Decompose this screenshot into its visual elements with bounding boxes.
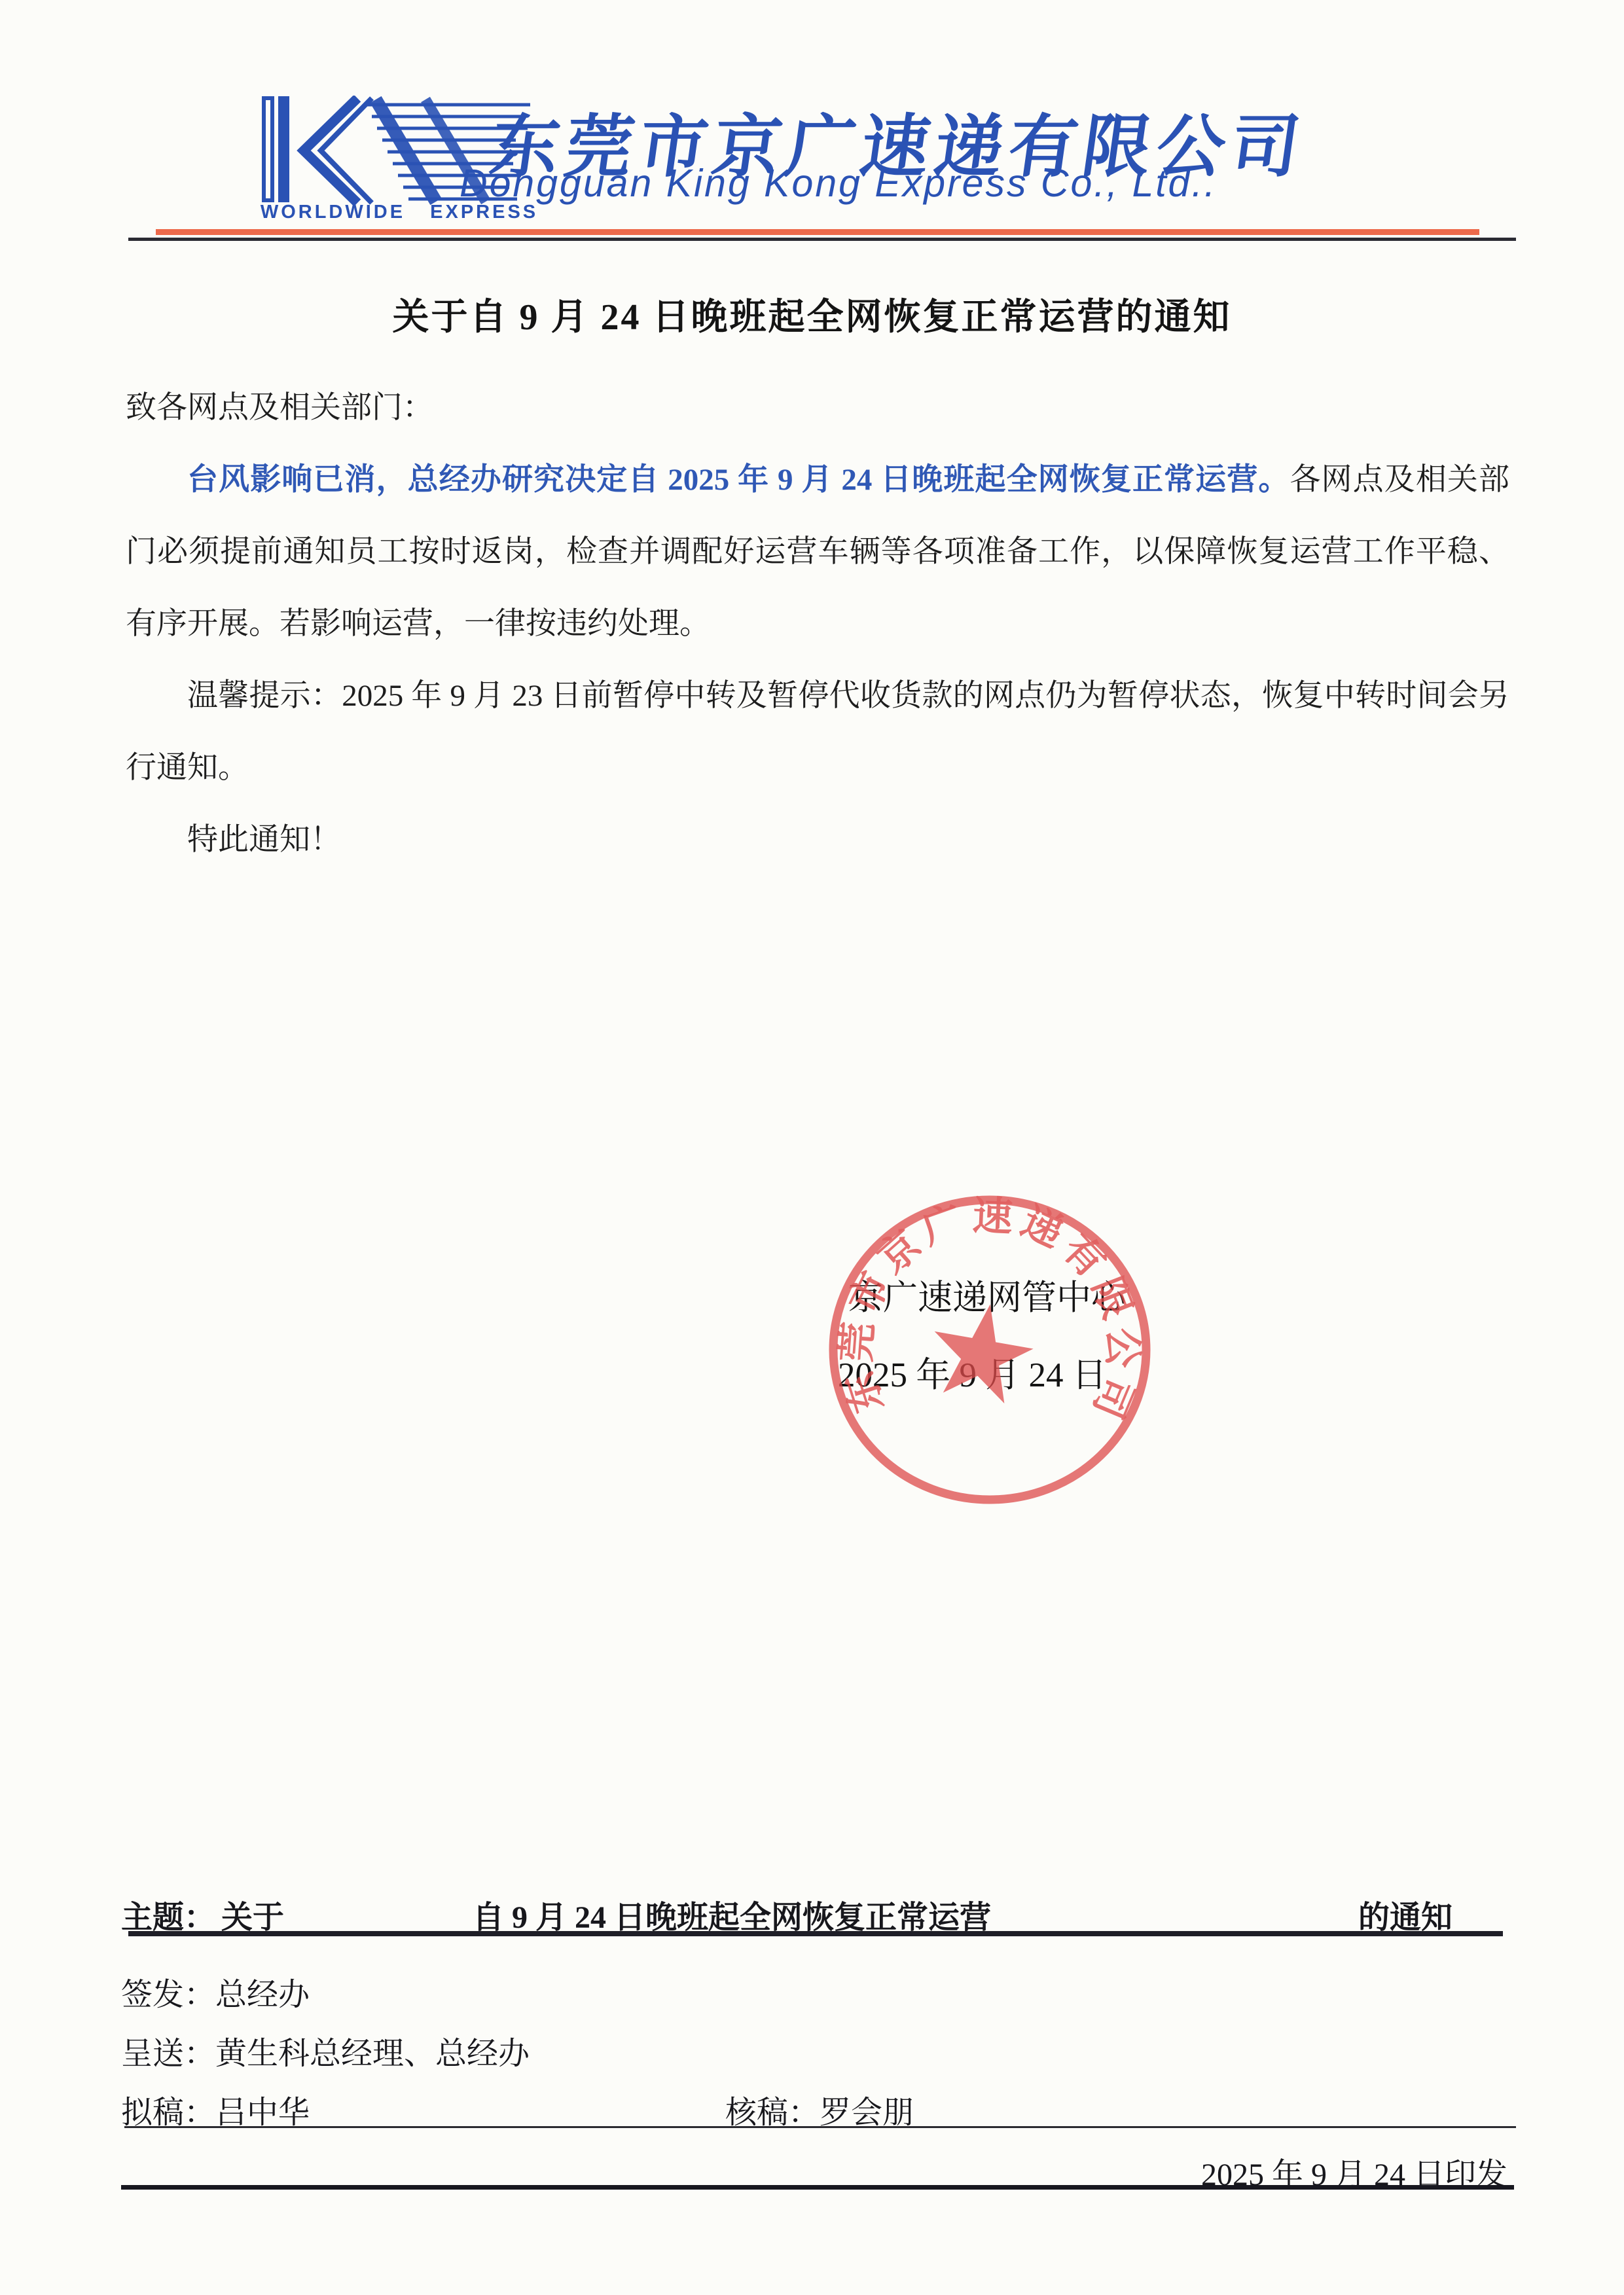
paragraph-3: 特此通知！ <box>126 804 1509 876</box>
footer-sign-value: 总经办 <box>215 1978 310 2012</box>
star-icon: ★ <box>911 1273 1052 1436</box>
company-stamp: 东莞市京广速递有限公司 ★ <box>826 1190 1153 1515</box>
header-rule-orange <box>156 229 1479 235</box>
svg-text:东莞市京广速递有限公司: 东莞市京广速递有限公司 <box>835 1194 1144 1430</box>
footer-subject-label: 主题： <box>121 1892 215 1937</box>
stamp-issuer-text: 京广速递网管中心 <box>848 1270 1126 1320</box>
paragraph-1: 台风影响已消，总经办研究决定自 2025 年 9 月 24 日晚班起全网恢复正常… <box>126 444 1509 660</box>
footer-draft-value: 吕中华 <box>215 2095 310 2130</box>
footer-subject-suffix: 的通知 <box>1358 1892 1453 1937</box>
paragraph-1-highlight: 台风影响已消，总经办研究决定自 2025 年 9 月 24 日晚班起全网恢复正常… <box>187 463 1290 497</box>
footer-deliver-label: 呈送： <box>121 2036 215 2071</box>
footer-draft-row: 拟稿：吕中华 <box>121 2087 310 2132</box>
header-rule-dark <box>128 238 1516 241</box>
footer-divider-thin <box>124 2126 1516 2128</box>
notice-document-page: WORLDWIDE EXPRESS 东莞市京广速递有限公司 Dongguan K… <box>0 0 1624 2295</box>
stamp-ring <box>833 1200 1146 1500</box>
footer-deliver-value: 黄生科总经理、总经办 <box>215 2036 530 2071</box>
stamp-date-text: 2025 年 9 月 24 日 <box>838 1347 1107 1397</box>
footer-subject-fill: 自 9 月 24 日晚班起全网恢复正常运营 <box>473 1892 991 1937</box>
salutation: 致各网点及相关部门： <box>126 372 1509 444</box>
footer-divider-thick-bottom <box>121 2185 1514 2190</box>
footer-review-label: 核稿： <box>725 2095 820 2130</box>
footer-sign-row: 签发：总经办 <box>121 1969 310 2014</box>
footer-deliver-row: 呈送：黄生科总经理、总经办 <box>121 2028 530 2073</box>
notice-title: 关于自 9 月 24 日晚班起全网恢复正常运营的通知 <box>0 288 1624 340</box>
footer-subject-prefix: 关于 <box>221 1892 284 1937</box>
footer-review-value: 罗会朋 <box>820 2095 914 2130</box>
footer-sign-label: 签发： <box>121 1978 215 2012</box>
footer-draft-label: 拟稿： <box>121 2095 215 2130</box>
paragraph-2: 温馨提示：2025 年 9 月 23 日前暂停中转及暂停代收货款的网点仍为暂停状… <box>126 660 1509 804</box>
notice-body: 致各网点及相关部门： 台风影响已消，总经办研究决定自 2025 年 9 月 24… <box>126 372 1509 876</box>
footer-review-row: 核稿：罗会朋 <box>725 2087 914 2132</box>
company-name-en: Dongguan King Kong Express Co., Ltd.. <box>460 161 1217 206</box>
stamp-ring-text: 东莞市京广速递有限公司 <box>835 1194 1144 1430</box>
footer-divider-thick-top <box>128 1931 1503 1936</box>
